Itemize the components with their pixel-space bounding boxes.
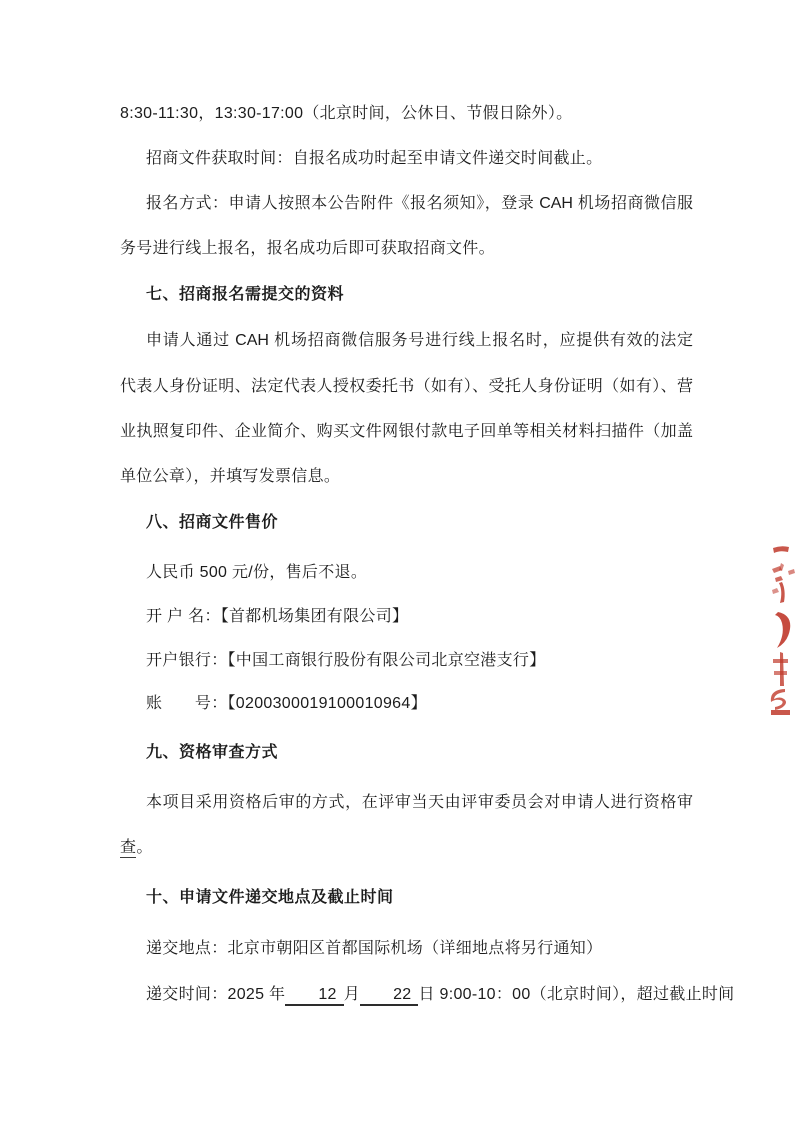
deadline-prefix: 递交时间：2025 年	[146, 986, 285, 1003]
stamp-stroke	[788, 569, 795, 575]
office-hours-line: 8:30-11:30，13:30-17:00（北京时间，公休日、节假日除外）。	[120, 103, 693, 125]
stamp-stroke	[775, 612, 790, 648]
materials-paragraph-line-1: 申请人通过 CAH 机场招商微信服务号进行线上报名时，应提供有效的法定	[120, 330, 693, 352]
bank-name-line: 开户银行：【中国工商银行股份有限公司北京空港支行】	[120, 650, 693, 672]
stamp-stroke	[780, 652, 784, 686]
deadline-month-blank: 12	[285, 986, 343, 1006]
deadline-day-blank: 22	[360, 986, 418, 1006]
materials-paragraph-line-4: 单位公章），并填写发票信息。	[120, 466, 693, 488]
deadline-month-label: 月	[344, 986, 360, 1003]
underlined-char: 查	[120, 839, 136, 858]
heading-section-8: 八、招商文件售价	[120, 512, 693, 534]
submission-deadline-line: 递交时间：2025 年12月22日 9:00-10：00（北京时间），超过截止时…	[120, 984, 693, 1006]
heading-section-9: 九、资格审查方式	[120, 742, 693, 764]
stamp-stroke	[771, 689, 786, 710]
red-stamp-fragment	[758, 542, 800, 720]
registration-method-line-1: 报名方式：申请人按照本公告附件《报名须知》，登录 CAH 机场招商微信服	[120, 193, 693, 215]
qualification-review-line-1: 本项目采用资格后审的方式，在评审当天由评审委员会对申请人进行资格审	[120, 792, 693, 814]
deadline-suffix: 日 9:00-10：00（北京时间），超过截止时间	[418, 986, 734, 1003]
registration-method-line-2: 务号进行线上报名，报名成功后即可获取招商文件。	[120, 238, 693, 260]
heading-section-7: 七、招商报名需提交的资料	[120, 284, 693, 306]
stamp-stroke	[773, 659, 788, 663]
stamp-stroke	[772, 566, 782, 573]
stamp-stroke	[772, 588, 779, 594]
stamp-stroke	[773, 546, 789, 553]
submission-location-line: 递交地点：北京市朝阳区首都国际机场（详细地点将另行通知）	[120, 938, 693, 960]
file-obtain-time-line: 招商文件获取时间：自报名成功时起至申请文件递交时间截止。	[120, 148, 693, 170]
qualification-review-line-2: 查。	[120, 837, 693, 859]
heading-section-10: 十、申请文件递交地点及截止时间	[120, 887, 693, 909]
document-page: 8:30-11:30，13:30-17:00（北京时间，公休日、节假日除外）。 …	[0, 0, 800, 1131]
stamp-stroke	[779, 582, 785, 603]
line-punct: 。	[136, 839, 152, 856]
stamp-stroke	[774, 671, 787, 675]
materials-paragraph-line-2: 代表人身份证明、法定代表人授权委托书（如有）、受托人身份证明（如有）、营	[120, 376, 693, 398]
stamp-stroke	[771, 710, 790, 715]
stamp-stroke	[775, 576, 783, 582]
account-name-line: 开 户 名：【首都机场集团有限公司】	[120, 606, 693, 628]
materials-paragraph-line-3: 业执照复印件、企业简介、购买文件网银付款电子回单等相关材料扫描件（加盖	[120, 421, 693, 443]
account-number-line: 账 号：【0200300019100010964】	[120, 693, 693, 715]
document-price-line: 人民币 500 元/份，售后不退。	[120, 562, 693, 584]
